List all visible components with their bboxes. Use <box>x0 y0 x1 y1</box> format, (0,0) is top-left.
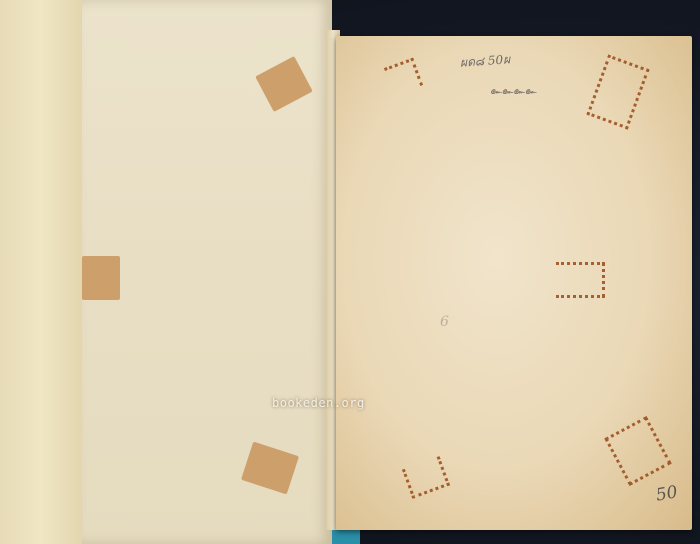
stain-middle-right <box>556 262 605 298</box>
tape-mark-left-middle <box>82 256 120 300</box>
handwriting-top-line-1: ผด๘ 50ผ <box>459 50 510 72</box>
handwriting-top-line-2: ๛๛๛๛ <box>490 84 536 99</box>
faint-pencil-mark: 6 <box>440 314 449 330</box>
flyleaf-edge <box>0 0 83 544</box>
page-number-handwritten: 50 <box>654 482 679 505</box>
watermark: bookeden.org <box>272 396 365 410</box>
